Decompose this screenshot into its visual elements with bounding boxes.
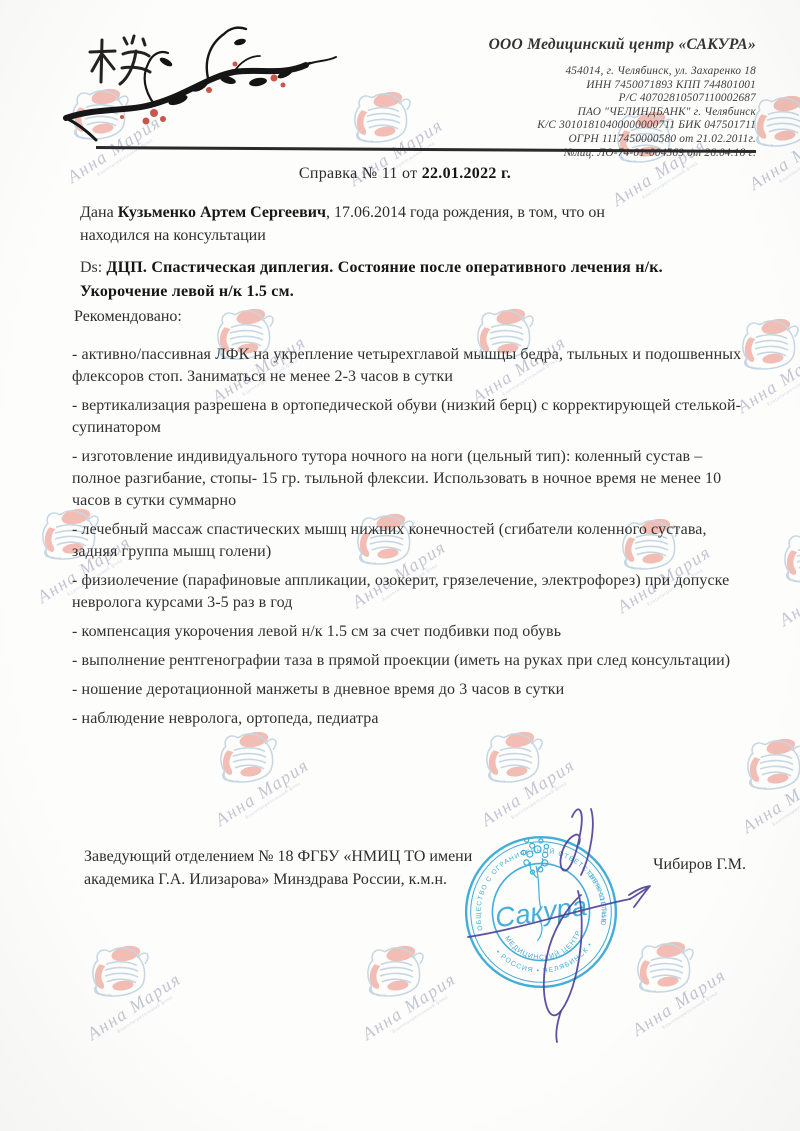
recommendation-item: - ношение деротационной манжеты в дневно… [72, 679, 750, 701]
title-date: 22.01.2022 г. [422, 165, 511, 182]
patient-name: Кузьменко Артем Сергеевич [118, 204, 326, 221]
recommendation-item: - физиолечение (парафиновые аппликации, … [72, 570, 750, 614]
recommendation-item: - выполнение рентгенографии таза в прямо… [72, 650, 750, 672]
recommendation-item: - лечебный массаж спастических мышц нижн… [72, 519, 750, 563]
company-details: 454014, г. Челябинск, ул. Захаренко 18ИН… [336, 65, 756, 160]
company-name: ООО Медицинский центр «САКУРА» [336, 36, 756, 54]
document-content: ООО Медицинский центр «САКУРА» 454014, г… [0, 0, 800, 1131]
diagnosis-line-2: Укорочение левой н/к 1.5 см. [80, 283, 294, 300]
recommendations-list: - активно/пассивная ЛФК на укрепление че… [72, 344, 750, 737]
recommended-heading: Рекомендовано: [74, 308, 182, 326]
recommendation-item: - наблюдение невролога, ортопеда, педиат… [72, 708, 750, 730]
signature-ink [420, 795, 710, 1060]
company-detail-line: ИНН 7450071893 КПП 744801001 [336, 79, 756, 93]
title-text: Справка № 11 от [299, 165, 422, 182]
recommendation-item: - компенсация укорочения левой н/к 1.5 с… [72, 621, 750, 643]
recommendation-item: - вертикализация разрешена в ортопедичес… [72, 395, 750, 439]
sakura-branch-ink-logo [58, 20, 348, 145]
company-detail-line: 454014, г. Челябинск, ул. Захаренко 18 [336, 65, 756, 79]
company-detail-line: Р/С 40702810507110002687 [336, 92, 756, 106]
signer-title-line-2: академика Г.А. Илизарова» Минздрава Росс… [84, 871, 447, 888]
letterhead: ООО Медицинский центр «САКУРА» 454014, г… [336, 36, 756, 160]
signer-title-line-1: Заведующий отделением № 18 ФГБУ «НМИЦ ТО… [84, 848, 472, 865]
diagnosis-line-1: ДЦП. Спастическая диплегия. Состояние по… [102, 259, 663, 276]
company-detail-line: ОГРН 1117450000580 от 21.02.2011г. [336, 133, 756, 147]
recommendation-item: - изготовление индивидуального тутора но… [72, 446, 750, 512]
document-title: Справка № 11 от 22.01.2022 г. [0, 165, 800, 183]
intro-rest-2: находился на консультации [80, 227, 266, 244]
recommendation-item: - активно/пассивная ЛФК на укрепление че… [72, 344, 750, 388]
intro-rest-1: , 17.06.2014 года рождения, в том, что о… [326, 204, 605, 221]
diagnosis-paragraph: Ds: ДЦП. Спастическая диплегия. Состояни… [80, 256, 770, 304]
diagnosis-label: Ds: [80, 259, 102, 276]
intro-prefix: Дана [80, 204, 118, 221]
kanji-sakura-glyph [90, 36, 150, 84]
scanned-medical-certificate: Анна Мария Благотворительный фонд Анна М… [0, 0, 800, 1131]
intro-paragraph: Дана Кузьменко Артем Сергеевич, 17.06.20… [80, 201, 740, 247]
company-detail-line: ПАО "ЧЕЛИНДБАНК" г. Челябинск [336, 106, 756, 120]
company-detail-line: К/С 30101810400000000711 БИК 047501711 [336, 119, 756, 133]
